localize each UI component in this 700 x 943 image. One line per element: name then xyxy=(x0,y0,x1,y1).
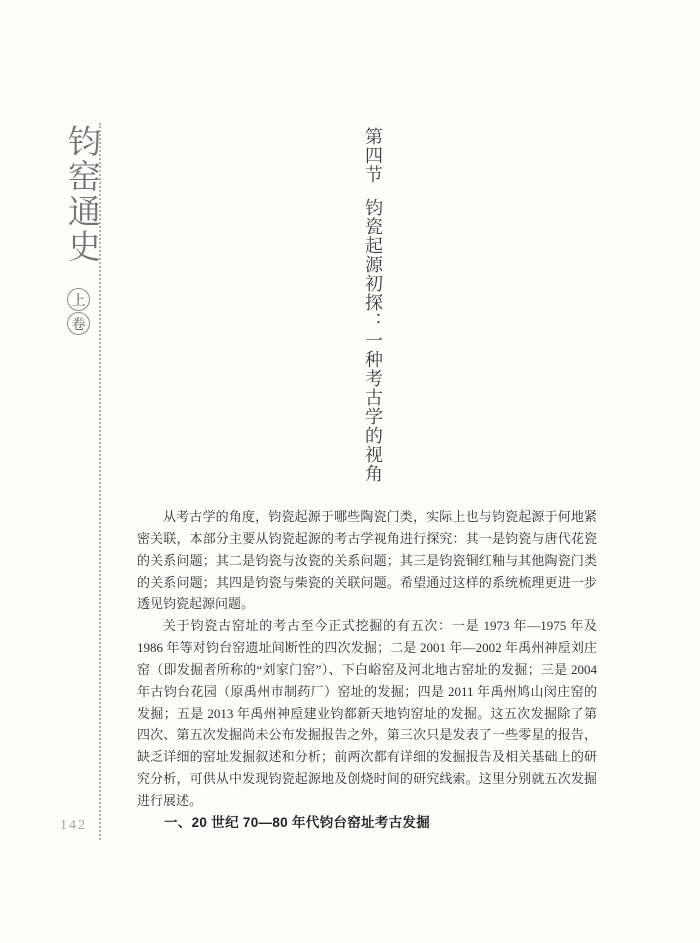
volume-badge: 上 卷 xyxy=(67,288,90,336)
paragraph-3: 在众多的钧窑遗址中，位于禹州市城内东北隅的钧台窑址格外引人瞩目，经报请 xyxy=(137,834,597,835)
paragraph-1: 从考古学的角度，钧瓷起源于哪些陶瓷门类，实际上也与钧瓷起源于何地紧密关联，本部分… xyxy=(137,506,597,615)
section-title-vertical: 第四节钧瓷起源初探：一种考古学的视角 xyxy=(358,127,388,483)
dotted-divider xyxy=(99,123,101,840)
book-page: 钧窑通史 上 卷 第四节钧瓷起源初探：一种考古学的视角 从考古学的角度，钧瓷起源… xyxy=(0,0,700,943)
section-subtitle: 钧瓷起源初探：一种考古学的视角 xyxy=(363,198,383,483)
page-number: 142 xyxy=(60,818,87,834)
volume-char-upper: 上 xyxy=(67,288,90,311)
body-text-block: 从考古学的角度，钧瓷起源于哪些陶瓷门类，实际上也与钧瓷起源于何地紧密关联，本部分… xyxy=(137,506,597,835)
section-label: 第四节 xyxy=(363,127,383,184)
volume-char-lower: 卷 xyxy=(67,312,90,335)
paragraph-2: 关于钧瓷古窑址的考古至今正式挖掘的有五次：一是 1973 年—1975 年及 1… xyxy=(137,615,597,812)
book-title-vertical: 钧窑通史 xyxy=(58,124,105,264)
subsection-heading: 一、20 世纪 70—80 年代钧台窑址考古发掘 xyxy=(137,812,597,834)
